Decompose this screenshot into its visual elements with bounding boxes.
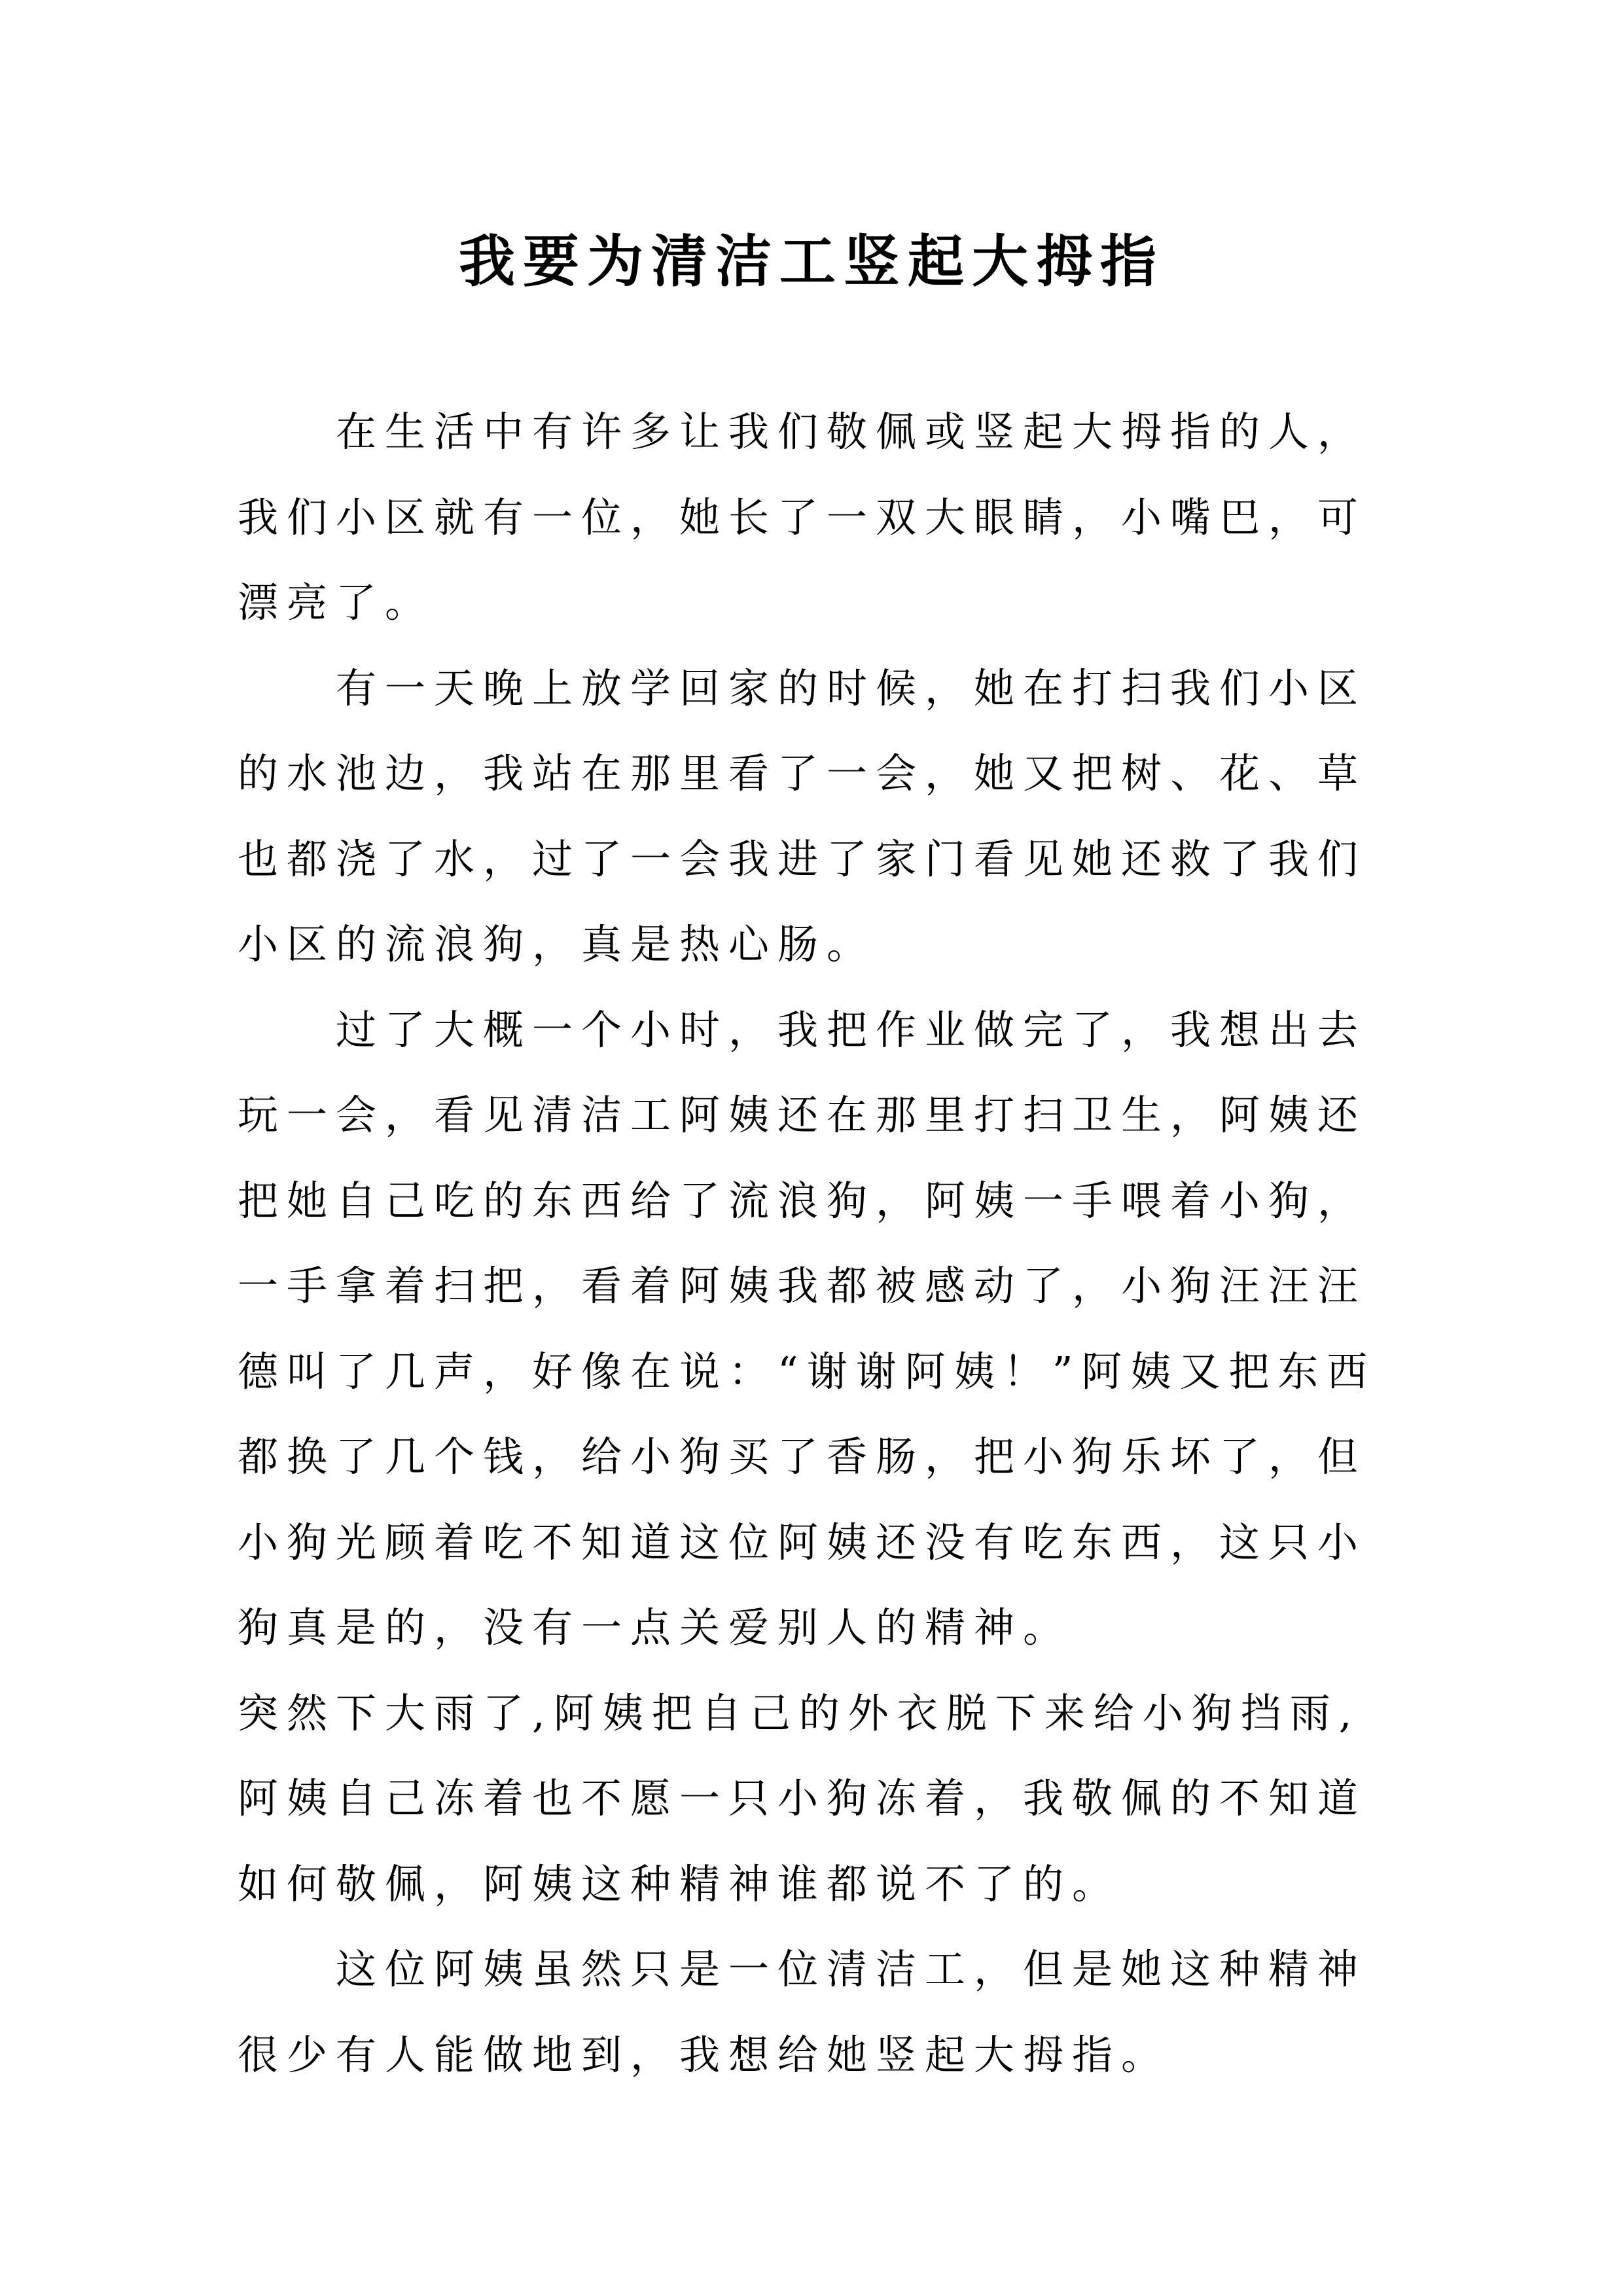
text-line: 很少有人能做地到，我想给她竖起大拇指。 <box>238 2013 1389 2098</box>
document-body: 在生活中有许多让我们敬佩或竖起大拇指的人， 我们小区就有一位，她长了一双大眼睛，… <box>238 389 1389 2098</box>
text-line: 狗真是的，没有一点关爱别人的精神。 <box>238 1585 1389 1671</box>
paragraph: 突然下大雨了,阿姨把自己的外衣脱下来给小狗挡雨, 阿姨自己冻着也不愿一只小狗冻着… <box>238 1671 1389 1928</box>
text-line: 一手拿着扫把，看着阿姨我都被感动了，小狗汪汪汪 <box>238 1244 1389 1329</box>
text-line: 阿姨自己冻着也不愿一只小狗冻着，我敬佩的不知道 <box>238 1756 1389 1842</box>
text-line: 小狗光顾着吃不知道这位阿姨还没有吃东西，这只小 <box>238 1500 1389 1586</box>
text-line: 的水池边，我站在那里看了一会，她又把树、花、草 <box>238 731 1389 817</box>
text-line: 小区的流浪狗，真是热心肠。 <box>238 902 1389 988</box>
paragraph: 这位阿姨虽然只是一位清洁工，但是她这种精神 很少有人能做地到，我想给她竖起大拇指… <box>238 1927 1389 2098</box>
document-page: 我要为清洁工竖起大拇指 在生活中有许多让我们敬佩或竖起大拇指的人， 我们小区就有… <box>0 0 1623 2296</box>
document-title: 我要为清洁工竖起大拇指 <box>0 226 1623 298</box>
text-line: 都换了几个钱，给小狗买了香肠，把小狗乐坏了，但 <box>238 1414 1389 1500</box>
text-line: 过了大概一个小时，我把作业做完了，我想出去 <box>238 988 1389 1073</box>
paragraph: 在生活中有许多让我们敬佩或竖起大拇指的人， 我们小区就有一位，她长了一双大眼睛，… <box>238 389 1389 646</box>
paragraph: 有一天晚上放学回家的时候，她在打扫我们小区 的水池边，我站在那里看了一会，她又把… <box>238 646 1389 988</box>
paragraph: 过了大概一个小时，我把作业做完了，我想出去 玩一会，看见清洁工阿姨还在那里打扫卫… <box>238 988 1389 1671</box>
text-line: 我们小区就有一位，她长了一双大眼睛，小嘴巴，可 <box>238 475 1389 561</box>
text-line: 玩一会，看见清洁工阿姨还在那里打扫卫生，阿姨还 <box>238 1073 1389 1158</box>
text-line: 在生活中有许多让我们敬佩或竖起大拇指的人， <box>238 389 1389 475</box>
text-line: 把她自己吃的东西给了流浪狗，阿姨一手喂着小狗， <box>238 1158 1389 1244</box>
text-line: 有一天晚上放学回家的时候，她在打扫我们小区 <box>238 646 1389 732</box>
text-line: 如何敬佩，阿姨这种精神谁都说不了的。 <box>238 1842 1389 1928</box>
text-line: 这位阿姨虽然只是一位清洁工，但是她这种精神 <box>238 1927 1389 2013</box>
text-line: 也都浇了水，过了一会我进了家门看见她还救了我们 <box>238 817 1389 903</box>
text-line: 突然下大雨了,阿姨把自己的外衣脱下来给小狗挡雨, <box>238 1671 1389 1757</box>
text-line: 德叫了几声，好像在说：“谢谢阿姨！”阿姨又把东西 <box>238 1329 1389 1415</box>
text-line: 漂亮了。 <box>238 560 1389 646</box>
